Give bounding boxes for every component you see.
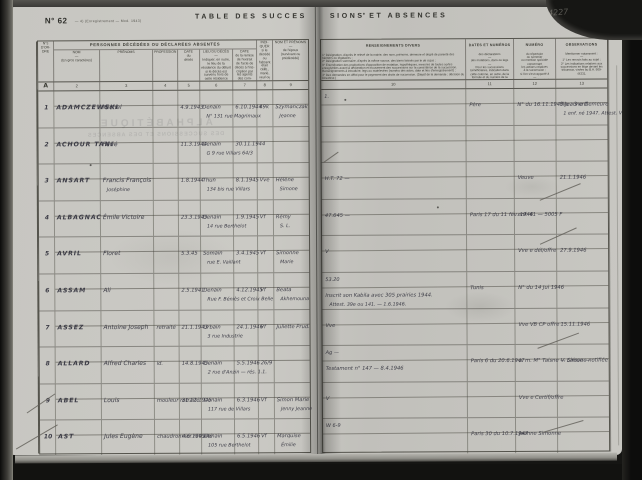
col-num: 4 <box>153 82 178 90</box>
spouse-name: Juliette Prud. <box>276 324 309 330</box>
row-number: 5 <box>45 251 49 258</box>
cell-row-number: 2 <box>38 128 54 164</box>
cell-dates-numeros <box>467 235 515 271</box>
cell-prenoms: Jules Eugène <box>102 420 155 456</box>
cell-observations <box>558 381 609 417</box>
death-place: Somain <box>203 251 222 257</box>
cell-date-deces: 4.9.1943 <box>178 91 200 127</box>
header-title: NUMÉRO <box>515 44 554 48</box>
cell-observations <box>556 125 607 161</box>
marital-status: Vve <box>260 177 270 183</box>
right-page-table: RENSEIGNEMENTS DIVERS 1° Désignation, d'… <box>320 37 610 453</box>
cell-numero: Veuve <box>515 162 557 198</box>
first-names: Alfred Charles <box>104 360 146 367</box>
col-num: 9 <box>273 81 308 89</box>
death-place: Denain <box>204 434 222 440</box>
col-num: 7 <box>233 81 257 89</box>
spouse-name: Marquise <box>277 433 301 439</box>
cell-etat-civil: Vf <box>258 273 274 309</box>
margin-note: 53.20 <box>325 276 465 283</box>
col-num: 13 <box>556 79 607 87</box>
cell-lieu-deces: Denain105 rue Berthelot <box>202 420 235 456</box>
declaration-ref: Tunis <box>470 285 483 291</box>
col-num: 5 <box>178 82 200 90</box>
cell-date-deces: 31.12.1945 <box>180 383 202 419</box>
cell-dates-numeros: Père <box>466 89 514 125</box>
table-row: 7 ASSEZ Antoine Joseph retraité 21.1.194… <box>39 310 309 348</box>
spouse-name-2: S. L. <box>276 224 308 229</box>
table-row <box>321 125 607 163</box>
table-row: 3 ANSART Francis FrançoisJoséphine 1.8.1… <box>39 163 309 201</box>
cell-date-remise: 1.9.1945 <box>234 200 258 236</box>
observation-note: 15.11.1946 <box>560 321 590 327</box>
filing-date: 5.5.1946 <box>237 360 260 366</box>
marital-status: Vf <box>260 287 265 293</box>
death-address: 14 rue Berthelot <box>203 224 232 229</box>
table-row: 47.645 — Paris 17 du 11 fév. 1946 enf. 4… <box>322 198 608 236</box>
renseignements-note-2: Attest. 39e ou 141. — 1.6.1946. <box>325 302 465 308</box>
col-num: 12 <box>514 80 556 88</box>
paper-speck <box>363 13 365 15</box>
right-table-body: 1. Père N° du 16.11.1943 Jeanne Demeure … <box>321 88 609 454</box>
cell-profession <box>154 164 179 200</box>
death-place: Denain <box>203 141 221 147</box>
cell-date-remise: 6.10.1944 <box>233 90 257 126</box>
spouse-name-2: Émilie <box>277 443 309 448</box>
cell-renseignements: 53.20Inscrit son Kabila avec 305 prairie… <box>322 272 467 308</box>
cell-nom: ANSART <box>55 164 101 200</box>
repertoire-note: Vve VB CP offre <box>518 321 559 327</box>
pencil-annotation: 4227 <box>548 7 569 17</box>
death-address: 134 bis rue Villars <box>203 188 232 193</box>
row-number: 2 <box>44 141 48 148</box>
cell-lieu-deces: Urbain3 rue Industrie <box>201 310 234 346</box>
cell-date-deces: 11.3.1944 <box>178 127 200 163</box>
table-row: Ag —Testament n° 147 — 8.4.1946 Paris 6 … <box>323 345 609 383</box>
left-table-body: 1 ADAMCZEWSKI Michel 4.9.1943 DenainN° 1… <box>38 90 310 456</box>
filing-date: 3.4.1945 <box>236 251 259 257</box>
col-header-renseignements: RENSEIGNEMENTS DIVERS 1° Désignation, d'… <box>321 39 466 80</box>
cell-profession <box>154 201 179 237</box>
cell-epoux: SimonneMarie <box>274 236 309 272</box>
cell-date-remise: 4.12.1945 <box>234 273 258 309</box>
col-num: 10 <box>321 80 466 89</box>
surname: ALLARD <box>58 360 91 367</box>
cell-lieu-deces: Thun134 bis rue Villars <box>201 164 234 200</box>
cell-profession <box>154 274 179 310</box>
table-row: 5 AVRIL Floret 5.3.45 Somainrue E. Vaill… <box>39 236 309 274</box>
spouse-name: Szymanczak <box>275 104 307 110</box>
death-date: 5.3.45 <box>181 251 198 257</box>
cell-dates-numeros: Paris 30 du 10.7.1947 <box>468 418 516 454</box>
cell-profession: chaudronnier retraité <box>155 420 180 456</box>
first-names: Férié <box>103 141 118 148</box>
cell-etat-civil: Vf <box>259 383 275 419</box>
first-names: Michel <box>102 104 121 111</box>
cell-numero: Vve e dél/offre <box>515 235 557 271</box>
cell-renseignements: Vve <box>322 309 467 345</box>
observation-note: 27.9.1946 <box>560 248 586 254</box>
table-row: 4 ALBAGNAC Émile Victoire 23.3.1945 Dena… <box>39 200 309 238</box>
cell-numero: Vve VB CP offre <box>515 308 557 344</box>
filing-date: 1.9.1945 <box>236 214 259 220</box>
repertoire-note: Veuve <box>518 175 534 181</box>
first-names: Floret <box>103 250 120 257</box>
cell-etat-civil <box>257 127 273 163</box>
cell-nom: ACHOUR TANI <box>54 128 100 164</box>
cell-date-remise: 3.4.1945 <box>234 237 258 273</box>
cell-epoux: SzymanczakJeanne <box>273 90 309 126</box>
cell-observations: V. Laisse — <box>558 345 609 381</box>
cell-epoux: BeataAkhemouna <box>274 273 310 309</box>
cell-renseignements: Ag —Testament n° 147 — 8.4.1946 <box>323 345 468 381</box>
header-title: OBSERVATIONS <box>557 43 606 47</box>
left-table-header: N°s D'OR- DRE PERSONNES DÉCÉDÉES OU DÉCL… <box>38 40 308 82</box>
cell-lieu-deces: DenainRue F. Béniès et Croix Belle <box>201 273 234 309</box>
first-names: Émile Victoire <box>103 214 145 221</box>
col-header-ordre: N°s D'OR- DRE <box>38 41 54 81</box>
marital-status: 26/9 <box>261 360 273 366</box>
cell-date-remise: 6.3.1946 <box>235 383 259 419</box>
death-address: 2 rue d'Anzin — rés. 1.1. <box>204 371 233 376</box>
renseignements-note: Vve <box>325 322 335 328</box>
header-body: du répertoire ou sommier ou mention spéc… <box>515 52 554 78</box>
cell-dates-numeros: Paris 17 du 11 fév. 1946 <box>467 199 515 235</box>
cell-epoux: Simon MarieJenny Jeanne <box>275 383 313 419</box>
death-address: rue E. Vaillant <box>203 261 232 266</box>
cell-renseignements: 1. <box>321 89 466 125</box>
renseignements-note: 47.645 — <box>325 213 350 219</box>
cell-renseignements: V <box>322 236 467 272</box>
cell-date-deces: 4.6.1945 <box>180 420 202 456</box>
cell-prenoms: Émile Victoire <box>101 201 154 237</box>
cell-numero: a. m. M° Taisne — Simone notifiée <box>516 345 558 381</box>
left-page-table: N°s D'OR- DRE PERSONNES DÉCÉDÉES OU DÉCL… <box>37 39 311 454</box>
cell-row-number: 7 <box>39 311 55 347</box>
col-header-profession: PROFESSION <box>153 50 178 81</box>
first-names: Louis <box>104 397 120 404</box>
death-address: 3 rue Industrie <box>204 334 233 339</box>
col-header-lieu-deces: LIEU DU DÉCÈS — Indiquer, en outre, le l… <box>200 49 233 80</box>
spouse-name-2: Simone <box>276 187 308 192</box>
death-address: 105 rue Berthelot <box>204 444 233 449</box>
cell-lieu-deces: Denain2 rue d'Anzin — rés. 1.1. <box>202 347 235 383</box>
col-num: 3 <box>100 82 153 90</box>
section-letter: A <box>38 82 54 90</box>
cell-renseignements <box>321 126 466 162</box>
cell-lieu-deces: Somainrue E. Vaillant <box>201 237 234 273</box>
cell-date-deces: 23.3.1945 <box>179 200 201 236</box>
marital-status: Vf <box>260 214 265 220</box>
row-number: 6 <box>45 287 49 294</box>
cell-prenoms: Louis <box>102 384 155 420</box>
marital-status: Vf <box>261 397 266 403</box>
cell-epoux: MarquiseÉmilie <box>275 419 310 455</box>
cell-profession <box>153 91 178 127</box>
cell-nom: AST <box>56 420 102 456</box>
spouse-name-2: Jeanne <box>275 114 307 119</box>
page-title-left: TABLE DES SUCCES <box>161 13 307 21</box>
first-names: Francis François <box>103 177 152 184</box>
table-row: H.T. 72 — Veuve 21.1.1946 <box>322 162 608 200</box>
cell-nom: ALBAGNAC <box>55 201 101 237</box>
stacked-pages-edge <box>15 453 617 464</box>
cell-row-number: 5 <box>39 238 55 274</box>
first-names: Jules Eugène <box>104 433 143 440</box>
profession: id. <box>157 361 163 367</box>
margin-note: Ag — <box>326 349 466 356</box>
col-num: 11 <box>466 80 514 88</box>
declaration-ref: Père <box>469 102 481 108</box>
spouse-name-2: Akhemouna <box>276 297 309 302</box>
cell-prenoms: Antoine Joseph <box>101 310 154 346</box>
observation-note: V. Laisse — <box>561 358 590 364</box>
marital-status: Vf <box>260 251 265 257</box>
filing-date: 6.3.1946 <box>237 397 260 403</box>
cell-row-number: 1 <box>38 91 54 127</box>
table-row: V Vve e Certif/offre <box>323 381 609 419</box>
cell-prenoms: Alfred Charles <box>102 347 155 383</box>
marital-status: Vf <box>260 324 265 330</box>
death-place: Urbain <box>203 324 220 330</box>
col-num: 6 <box>200 81 233 89</box>
surname: ALBAGNAC <box>57 214 102 221</box>
cell-numero: N° du 16.11.1943 Jeanne Demeure <box>514 89 556 125</box>
cell-epoux <box>275 346 310 382</box>
cell-lieu-deces: Denain117 rue de Villars <box>202 383 235 419</box>
cell-row-number: 4 <box>39 201 55 237</box>
book-fore-edge <box>622 0 642 480</box>
cell-prenoms: Michel <box>100 91 153 127</box>
filing-date: 6.5.1946 <box>237 434 260 440</box>
cell-numero: Vve e Certif/offre <box>516 381 558 417</box>
col-header-observations: OBSERVATIONS Mentionner notamment : — 1°… <box>556 38 607 78</box>
profession: retraité <box>156 324 175 330</box>
form-number: N° 62 <box>45 16 68 25</box>
col-header-etat-civil: INDI- QUER si le décédé ou l'absent étai… <box>257 40 273 80</box>
cell-date-remise: 5.5.1946 <box>235 346 259 382</box>
surname: AVRIL <box>57 251 82 258</box>
cell-date-remise: 24.1.1946 <box>234 310 258 346</box>
form-number-note: — 4) (Enregistrement — Mod. 1943) <box>75 19 142 23</box>
table-row: 1. Père N° du 16.11.1943 Jeanne Demeure … <box>321 88 607 126</box>
page-sheet: N° 62 — 4) (Enregistrement — Mod. 1943) … <box>11 5 623 456</box>
cell-observations <box>557 198 608 234</box>
margin-note: W 6-9 <box>326 423 466 430</box>
spouse-name: Beata <box>276 287 291 293</box>
renseignements-note: V <box>326 396 330 402</box>
cell-lieu-deces: DenainG 9 rue Villars 64/3 <box>200 127 233 163</box>
cell-nom: ASSAM <box>55 274 101 310</box>
cell-lieu-deces: DenainN° 131 rue Magrimaux <box>200 90 233 126</box>
table-row: 8 ALLARD Alfred Charles id. 14.8.1945 De… <box>40 346 310 384</box>
cell-dates-numeros <box>467 162 515 198</box>
table-row: 6 ASSAM Ali 2.5.1941 DenainRue F. Béniès… <box>39 273 309 311</box>
renseignements-note: Testament n° 147 — 8.4.1946 <box>326 366 404 372</box>
cell-etat-civil: Vf <box>259 420 275 456</box>
cell-renseignements: H.T. 72 — <box>322 162 467 198</box>
cell-prenoms: Férié <box>100 127 153 163</box>
cell-epoux: HélèneSimone <box>274 163 309 199</box>
cell-etat-civil: 26/9 <box>259 346 275 382</box>
col-header-dates-numeros: DATES ET NUMÉROS des déclarations — des … <box>466 39 514 79</box>
header-body: des déclarations — des mutations, dons o… <box>467 53 512 80</box>
table-row: Vve Vve VB CP offre 15.11.1946 <box>322 308 608 346</box>
cell-date-deces: 5.3.45 <box>179 237 201 273</box>
row-number: 4 <box>45 214 49 221</box>
cell-profession: mouleur retraité <box>155 383 180 419</box>
cell-dates-numeros: Tunis <box>467 272 515 308</box>
cell-nom: ALLARD <box>56 347 102 383</box>
cell-etat-civil: Vf <box>258 237 274 273</box>
right-table-header: RENSEIGNEMENTS DIVERS 1° Désignation, d'… <box>321 38 607 80</box>
marital-status: 49k <box>259 104 269 110</box>
death-address: 117 rue de Villars <box>204 407 233 412</box>
cell-epoux: RémyS. L. <box>274 200 309 236</box>
filing-date: 8.1.1945 <box>236 177 259 183</box>
spouse-name: Simonne <box>276 250 299 256</box>
header-title: RENSEIGNEMENTS DIVERS <box>322 44 464 49</box>
death-place: Denain <box>203 214 221 220</box>
cell-renseignements: 47.645 — <box>322 199 467 235</box>
cell-prenoms: Francis FrançoisJoséphine <box>101 164 154 200</box>
col-num: 2 <box>54 82 100 90</box>
cell-row-number: 3 <box>39 165 55 201</box>
cell-profession <box>154 237 179 273</box>
cell-profession: retraité <box>154 310 179 346</box>
cell-date-remise: 6.5.1946 <box>235 420 259 456</box>
book-cover-left-edge <box>0 0 13 480</box>
repertoire-note: Vve e Certif/offre <box>519 394 564 400</box>
observation-note: fille : 3 enf. <box>559 102 588 108</box>
col-header-date-deces: DATE du décès <box>178 50 200 81</box>
cell-epoux: Juliette Prud. <box>274 310 310 346</box>
cell-date-deces: 21.1.1943 <box>179 310 201 346</box>
page-title-right: SIONS ET ABSENCES <box>330 12 448 20</box>
death-place: Denain <box>203 287 221 293</box>
cell-row-number: 6 <box>39 274 55 310</box>
observation-note: 21.1.1946 <box>560 175 586 181</box>
table-row: W 6-9 Paris 30 du 10.7.1947 Jeanne Simon… <box>323 418 609 455</box>
cell-renseignements: V <box>323 382 468 418</box>
cell-date-deces: 1.8.1944 <box>179 164 201 200</box>
death-address: Rue F. Béniès et Croix Belle <box>203 297 232 302</box>
cell-lieu-deces: Denain14 rue Berthelot <box>201 200 234 236</box>
repertoire-note: Vve e dél/offre <box>518 248 556 254</box>
surname: ABEL <box>58 397 79 404</box>
surname: ASSAM <box>57 287 86 294</box>
book-bottom-edge <box>0 464 642 480</box>
header-body: Mentionner notamment : — 1° Les renvois … <box>557 52 606 75</box>
spouse-name: Rémy <box>276 214 291 220</box>
col-header-numero: NUMÉRO du répertoire ou sommier ou menti… <box>514 39 556 79</box>
row-number: 3 <box>45 178 49 185</box>
table-row: 9 ABEL Louis mouleur retraité 31.12.1945… <box>40 383 310 421</box>
cell-numero: Jeanne Simonne <box>516 418 558 454</box>
cell-profession <box>153 127 178 163</box>
renseignements-note: V <box>325 249 329 255</box>
spouse-name: Hélène <box>276 177 294 183</box>
surname: ASSEZ <box>57 324 84 331</box>
spouse-name: Simon Marie <box>277 397 309 403</box>
death-place: Denain <box>204 361 222 367</box>
cell-prenoms: Floret <box>101 237 154 273</box>
cell-nom: ABEL <box>56 384 102 420</box>
table-row: 10 AST Jules Eugène chaudronnier retrait… <box>40 419 310 456</box>
cell-numero <box>514 125 556 161</box>
cell-dates-numeros <box>467 309 515 345</box>
repertoire-note: Jeanne Simonne <box>519 431 561 437</box>
col-header-date-remise: DATE de la remise de l'extrait de l'acte… <box>233 49 257 80</box>
cell-nom: ASSEZ <box>55 311 101 347</box>
cell-observations <box>558 418 609 454</box>
margin-note: 1. <box>324 93 464 100</box>
cell-etat-civil: Vf <box>258 200 274 236</box>
cell-observations: 27.9.1946 <box>557 235 608 271</box>
surname: ANSART <box>57 177 90 184</box>
header-body: 1° Désignation, d'après le relevé de la … <box>322 53 464 80</box>
cell-date-remise: 30.11.1944 <box>233 127 257 163</box>
cell-dates-numeros <box>466 126 514 162</box>
cell-observations <box>557 271 608 307</box>
surname: AST <box>58 434 74 441</box>
cell-etat-civil: Vve <box>258 163 274 199</box>
spouse-name-2: Marie <box>276 260 308 265</box>
header-title: DATES ET NUMÉROS <box>467 44 512 48</box>
first-names-2: Joséphine <box>103 188 152 193</box>
book-fold-line <box>315 7 318 455</box>
renseignements-note: Inscrit son Kabila avec 305 prairies 194… <box>325 292 432 299</box>
cell-numero: enf. 41 — 5005 F <box>515 199 557 235</box>
cell-renseignements: W 6-9 <box>323 419 468 455</box>
marital-status: Vf <box>261 434 266 440</box>
cell-date-deces: 2.5.1941 <box>179 274 201 310</box>
cell-date-deces: 14.8.1945 <box>180 347 202 383</box>
cell-prenoms: Ali <box>101 274 154 310</box>
death-place: Denain <box>204 397 222 403</box>
table-row: 2 ACHOUR TANI Férié 11.3.1944 DenainG 9 … <box>38 127 308 165</box>
death-address: G 9 rue Villars 64/3 <box>203 151 232 156</box>
row-number: 8 <box>46 361 50 368</box>
death-place: Thun <box>203 178 216 184</box>
col-num: 8 <box>257 81 273 89</box>
cell-etat-civil: 49k <box>257 90 273 126</box>
cell-nom: ADAMCZEWSKI <box>54 91 100 127</box>
row-number: 1 <box>44 104 48 111</box>
spouse-name-2: Jenny Jeanne <box>277 407 312 412</box>
cell-row-number: 8 <box>40 348 56 384</box>
first-names: Antoine Joseph <box>103 323 148 330</box>
col-header-prenoms: PRÉNOMS <box>100 50 153 81</box>
first-names: Ali <box>103 287 110 294</box>
table-row: V Vve e dél/offre 27.9.1946 <box>322 235 608 273</box>
death-place: Denain <box>202 105 220 111</box>
cell-nom: AVRIL <box>55 238 101 274</box>
cell-observations: 21.1.1946 <box>557 162 608 198</box>
cell-dates-numeros: Paris 6 du 20.6.1947 <box>468 345 516 381</box>
col-header-epoux: NOM ET PRÉNOMS — de l'époux (survivant o… <box>273 40 308 80</box>
table-row: 1 ADAMCZEWSKI Michel 4.9.1943 DenainN° 1… <box>38 90 308 128</box>
cell-etat-civil: Vf <box>258 310 274 346</box>
repertoire-note: enf. 41 — 5005 F <box>518 211 562 217</box>
renseignements-note: H.T. 72 — <box>325 176 350 182</box>
row-number: 10 <box>44 434 52 441</box>
cell-profession: id. <box>155 347 180 383</box>
cell-epoux <box>273 127 308 163</box>
col-header-nom: NOM — (En gros caractères) <box>54 50 100 81</box>
cell-numero: N° du 14 Jui 1946 <box>515 272 557 308</box>
row-number: 7 <box>45 324 49 331</box>
